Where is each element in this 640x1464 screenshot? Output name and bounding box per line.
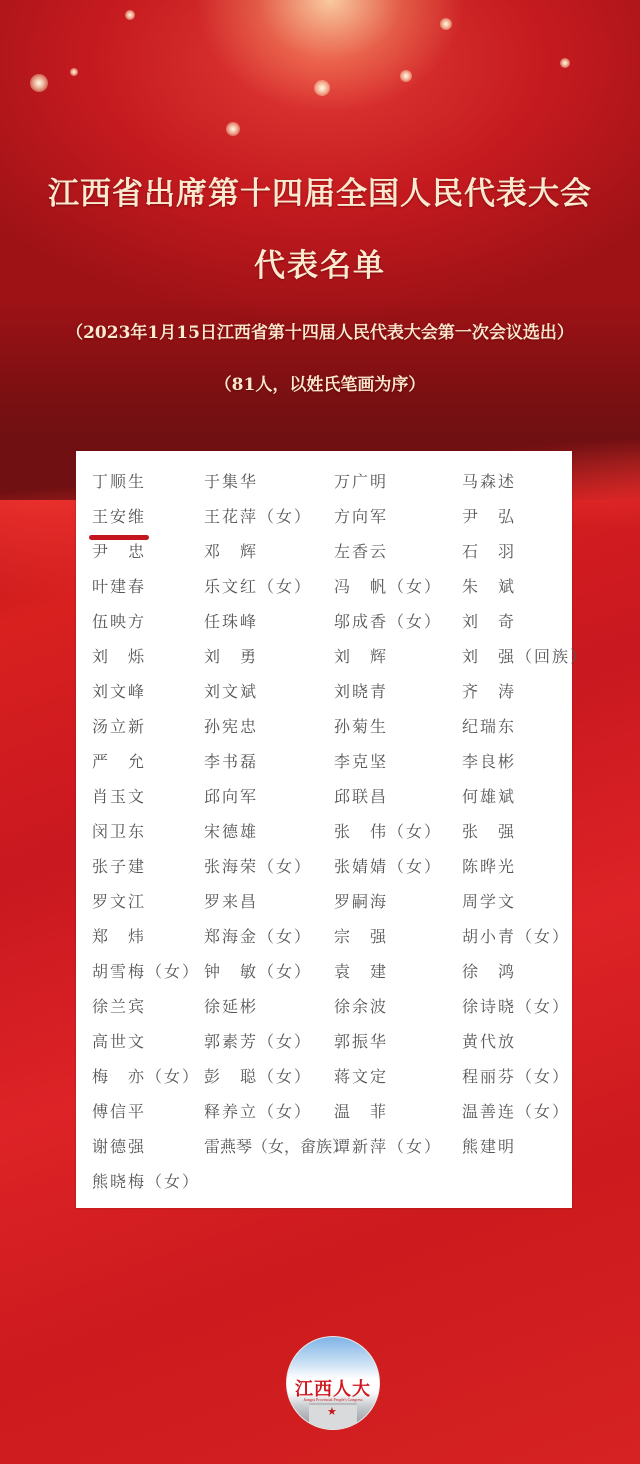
delegate-name: 张子建 — [92, 856, 204, 891]
delegate-name: 刘文斌 — [204, 681, 334, 716]
delegate-name: 熊晓梅（女） — [92, 1171, 204, 1206]
sparkle-decoration — [226, 122, 240, 136]
delegate-name: 罗文江 — [92, 891, 204, 926]
delegate-name: 刘 强（回族） — [462, 646, 588, 681]
delegate-name: 何雄斌 — [462, 786, 588, 821]
delegate-name: 谢德强 — [92, 1136, 204, 1171]
delegate-name: 齐 涛 — [462, 681, 588, 716]
delegate-name: 严 允 — [92, 751, 204, 786]
delegate-name: 丁顺生 — [92, 471, 204, 506]
delegate-name: 胡雪梅（女） — [92, 961, 204, 996]
delegate-name: 张婧婧（女） — [334, 856, 462, 891]
delegate-grid: 丁顺生 于集华 万广明 马森述 王安维 王花萍（女） 方向军 尹 弘 尹 忠 邓… — [92, 471, 588, 1206]
delegate-name: 王花萍（女） — [204, 506, 334, 541]
delegate-name: 邱向军 — [204, 786, 334, 821]
delegate-name: 朱 斌 — [462, 576, 588, 611]
delegate-name: 蒋文定 — [334, 1066, 462, 1101]
sparkle-decoration — [30, 74, 48, 92]
delegate-name: 胡小青（女） — [462, 926, 588, 961]
delegate-name: 纪瑞东 — [462, 716, 588, 751]
delegate-name: 宗 强 — [334, 926, 462, 961]
delegate-name: 宋德雄 — [204, 821, 334, 856]
delegate-name: 梅 亦（女） — [92, 1066, 204, 1101]
delegate-name: 任珠峰 — [204, 611, 334, 646]
delegate-name: 徐诗晓（女） — [462, 996, 588, 1031]
delegate-name: 傅信平 — [92, 1101, 204, 1136]
delegate-name: 郭振华 — [334, 1031, 462, 1066]
delegate-name: 张 强 — [462, 821, 588, 856]
sparkle-decoration — [440, 18, 452, 30]
delegate-name: 于集华 — [204, 471, 334, 506]
delegate-name: 钟 敏（女） — [204, 961, 334, 996]
delegate-name: 闵卫东 — [92, 821, 204, 856]
delegate-name: 温善连（女） — [462, 1101, 588, 1136]
delegate-name: 伍映方 — [92, 611, 204, 646]
sparkle-decoration — [125, 10, 135, 20]
delegate-name: 郑海金（女） — [204, 926, 334, 961]
delegate-name: 黄代放 — [462, 1031, 588, 1066]
delegate-name: 徐余波 — [334, 996, 462, 1031]
delegate-name: 汤立新 — [92, 716, 204, 751]
delegate-name: 方向军 — [334, 506, 462, 541]
delegate-name: 程丽芬（女） — [462, 1066, 588, 1101]
delegate-name: 雷燕琴（女，畲族） — [204, 1136, 334, 1171]
delegate-name: 刘文峰 — [92, 681, 204, 716]
count-note: （81人，以姓氏笔画为序） — [0, 370, 640, 395]
page-title: 江西省出席第十四届全国人民代表大会 — [0, 168, 640, 213]
delegate-name: 尹 弘 — [462, 506, 588, 541]
delegate-list-card: 丁顺生 于集华 万广明 马森述 王安维 王花萍（女） 方向军 尹 弘 尹 忠 邓… — [76, 451, 572, 1208]
delegate-name: 张海荣（女） — [204, 856, 334, 891]
highlight-underline — [89, 535, 149, 540]
delegate-name: 李书磊 — [204, 751, 334, 786]
delegate-name: 肖玉文 — [92, 786, 204, 821]
delegate-name: 左香云 — [334, 541, 462, 576]
delegate-name: 张 伟（女） — [334, 821, 462, 856]
logo-name-en: Jiangxi Provincial People's Congress — [287, 1397, 379, 1402]
delegate-name: 邬成香（女） — [334, 611, 462, 646]
page-subtitle: 代表名单 — [0, 240, 640, 285]
delegate-name: 孙宪忠 — [204, 716, 334, 751]
delegate-name: 李良彬 — [462, 751, 588, 786]
sparkle-decoration — [314, 80, 330, 96]
delegate-name: 刘晓青 — [334, 681, 462, 716]
delegate-name: 李克坚 — [334, 751, 462, 786]
delegate-name: 刘 奇 — [462, 611, 588, 646]
delegate-name: 郑 炜 — [92, 926, 204, 961]
delegate-name: 彭 聪（女） — [204, 1066, 334, 1101]
delegate-name: 石 羽 — [462, 541, 588, 576]
delegate-name: 叶建春 — [92, 576, 204, 611]
delegate-name: 邓 辉 — [204, 541, 334, 576]
delegate-name: 熊建明 — [462, 1136, 588, 1171]
delegate-name: 徐 鸿 — [462, 961, 588, 996]
sparkle-decoration — [400, 70, 412, 82]
sparkle-decoration — [70, 68, 78, 76]
star-icon: ★ — [327, 1405, 337, 1418]
delegate-name: 谭新萍（女） — [334, 1136, 462, 1171]
delegate-name: 周学文 — [462, 891, 588, 926]
delegate-name: 徐兰宾 — [92, 996, 204, 1031]
delegate-name: 马森述 — [462, 471, 588, 506]
delegate-name: 刘 烁 — [92, 646, 204, 681]
delegate-name: 刘 勇 — [204, 646, 334, 681]
jiangxi-npc-logo: ★ 江西人大 Jiangxi Provincial People's Congr… — [286, 1336, 380, 1430]
delegate-name: 乐文红（女） — [204, 576, 334, 611]
delegate-name: 释养立（女） — [204, 1101, 334, 1136]
delegate-name: 罗来昌 — [204, 891, 334, 926]
delegate-name: 徐延彬 — [204, 996, 334, 1031]
delegate-name: 万广明 — [334, 471, 462, 506]
delegate-name: 刘 辉 — [334, 646, 462, 681]
delegate-name: 郭素芳（女） — [204, 1031, 334, 1066]
delegate-name: 陈晔光 — [462, 856, 588, 891]
delegate-name: 冯 帆（女） — [334, 576, 462, 611]
delegate-name: 温 菲 — [334, 1101, 462, 1136]
election-note: （2023年1月15日江西省第十四届人民代表大会第一次会议选出） — [0, 318, 640, 343]
delegate-name: 孙菊生 — [334, 716, 462, 751]
delegate-name: 高世文 — [92, 1031, 204, 1066]
delegate-name: 尹 忠 — [92, 541, 204, 576]
delegate-name: 袁 建 — [334, 961, 462, 996]
delegate-name: 罗嗣海 — [334, 891, 462, 926]
sparkle-decoration — [560, 58, 570, 68]
delegate-name: 邱联昌 — [334, 786, 462, 821]
